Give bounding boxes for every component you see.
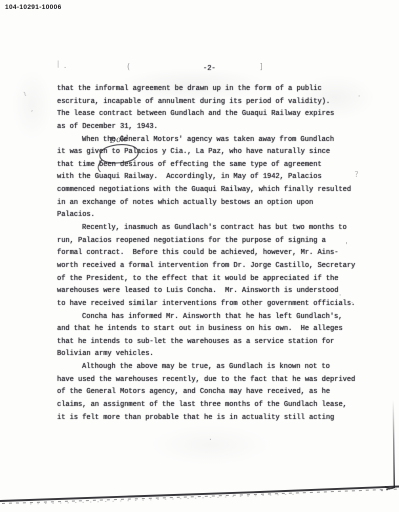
- typed-line: The lease contract between Gundlach and …: [57, 108, 363, 121]
- typed-line: that he intends to sub-let the warehouse…: [57, 336, 363, 349]
- typed-line: Palacios.: [57, 209, 363, 222]
- typed-line: formal contract. Before this could be ac…: [57, 247, 363, 260]
- typed-line: run, Palacios reopened negotiations for …: [57, 235, 363, 248]
- typed-text-block: -2- that the informal agreement be drawn…: [57, 63, 363, 424]
- bottom-edge-line: [0, 487, 399, 502]
- typed-line: escritura, incapable of annulment during…: [57, 96, 363, 109]
- page-header: -2-: [57, 63, 363, 83]
- typed-line: it is felt more than probable that he is…: [57, 412, 363, 425]
- record-number: 104-10291-10006: [5, 4, 62, 11]
- typed-line: commenced negotiations with the Guaqui R…: [57, 184, 363, 197]
- typed-line: claims, an assignment of the last three …: [57, 399, 363, 412]
- edge-speck: [386, 489, 388, 491]
- typed-line: When the General Motors' agency was take…: [57, 134, 363, 147]
- typed-line: in an exchange of notes which actually b…: [57, 197, 363, 210]
- typed-line: that the informal agreement be drawn up …: [57, 83, 363, 96]
- typed-line: worth received a formal intervention fro…: [57, 260, 363, 273]
- edge-speck: [381, 490, 382, 491]
- typed-line: Although the above may be true, as Gundl…: [57, 361, 363, 374]
- scan-artifact: ,: [30, 106, 34, 113]
- scan-artifact: ·: [208, 436, 213, 444]
- typed-line: Bolivian army vehicles.: [57, 348, 363, 361]
- bottom-edge-ragged: [2, 489, 399, 504]
- scan-artifact: ~: [18, 90, 28, 99]
- typed-line: of the President, to the effect that it …: [57, 273, 363, 286]
- typed-line: with the Guaqui Railway. Accordingly, in…: [57, 171, 363, 184]
- typed-text: that the informal agreement be drawn up …: [57, 83, 363, 424]
- typed-line: it was given to Palacios y Cia., La Paz,…: [57, 146, 363, 159]
- scan-smudge: [150, 425, 270, 465]
- typed-line: and that he intends to start out in busi…: [57, 323, 363, 336]
- typed-line: Concha has informed Mr. Ainsworth that h…: [57, 311, 363, 324]
- typed-line: of the General Motors agency, and Concha…: [57, 386, 363, 399]
- typed-line: warehouses were leased to Luis Concha. M…: [57, 285, 363, 298]
- page-number: -2-: [203, 65, 216, 73]
- typed-line: to have received similar interventions f…: [57, 298, 363, 311]
- scan-smudge: [12, 70, 52, 140]
- scanned-document-page: 104-10291-10006 -2- that the informal ag…: [0, 0, 399, 512]
- typed-line: that time been desirous of effecting the…: [57, 159, 363, 172]
- edge-hook: [385, 487, 394, 489]
- typed-line: Recently, inasmuch as Gundlach's contrac…: [57, 222, 363, 235]
- typed-line: have used the warehouses recently, due t…: [57, 374, 363, 387]
- typed-line: as of December 31, 1943.: [57, 121, 363, 134]
- bottom-edge-specks: [30, 494, 300, 504]
- right-crease-line: [393, 400, 394, 488]
